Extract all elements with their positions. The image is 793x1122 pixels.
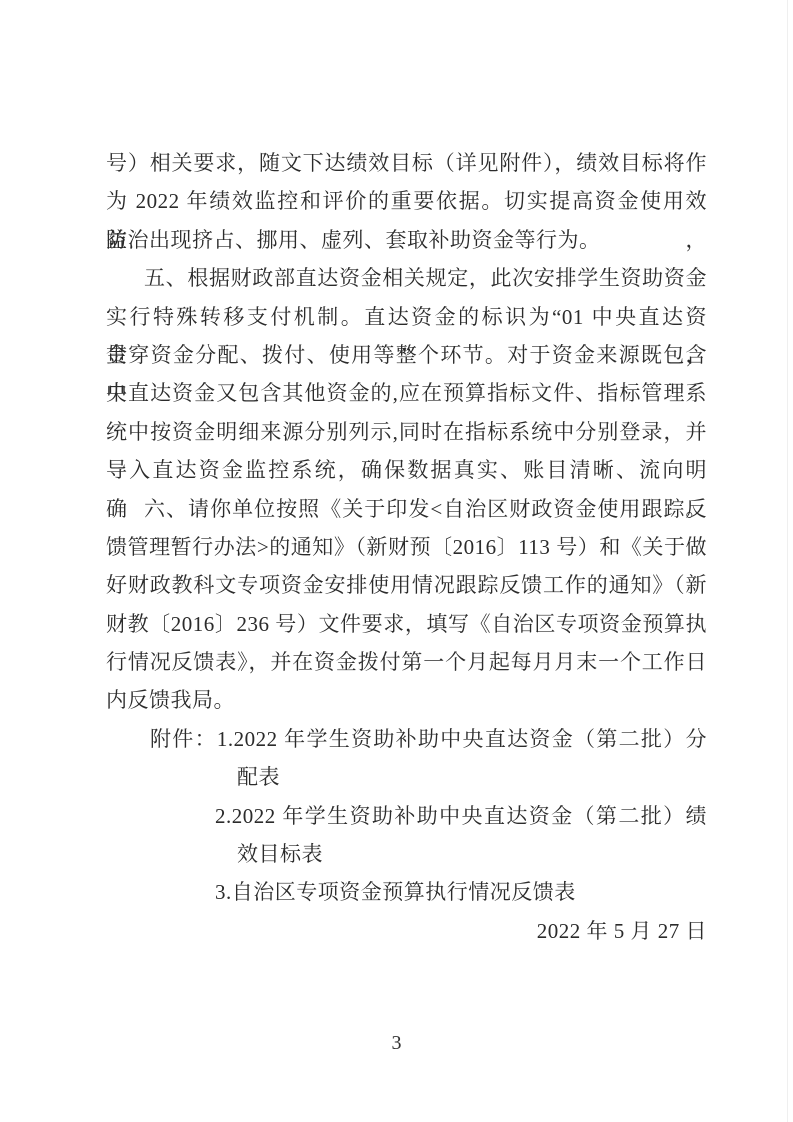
text-line: 号）相关要求，随文下达绩效目标（详见附件），绩效目标将作 (106, 144, 707, 182)
attachment-line: 附件：1.2022 年学生资助补助中央直达资金（第二批）分 (150, 720, 707, 758)
text-line: 导入直达资金监控系统，确保数据真实、账目清晰、流向明确。 (106, 451, 707, 489)
document-body: 号）相关要求，随文下达绩效目标（详见附件），绩效目标将作 为 2022 年绩效监… (106, 144, 707, 950)
paragraph-section-5: 五、根据财政部直达资金相关规定，此次安排学生资助资金 实行特殊转移支付机制。直达… (106, 259, 707, 489)
date-line: 2022 年 5 月 27 日 (106, 912, 707, 950)
attachment-line: 效目标表 (237, 835, 707, 873)
attachment-line: 2.2022 年学生资助补助中央直达资金（第二批）绩 (215, 797, 707, 835)
text-line: 五、根据财政部直达资金相关规定，此次安排学生资助资金 (106, 259, 707, 297)
page-number: 3 (0, 1028, 793, 1058)
text-line: 内反馈我局。 (106, 681, 707, 719)
text-line: 六、请你单位按照《关于印发<自治区财政资金使用跟踪反 (106, 490, 707, 528)
paragraph-continuation: 号）相关要求，随文下达绩效目标（详见附件），绩效目标将作 为 2022 年绩效监… (106, 144, 707, 259)
attachments-list: 附件：1.2022 年学生资助补助中央直达资金（第二批）分 配表 2.2022 … (106, 720, 707, 912)
text-line: 为 2022 年绩效监控和评价的重要依据。切实提高资金使用效益， (106, 182, 707, 220)
scanned-document-page: 号）相关要求，随文下达绩效目标（详见附件），绩效目标将作 为 2022 年绩效监… (0, 0, 793, 1122)
text-line: 统中按资金明细来源分别列示,同时在指标系统中分别登录，并 (106, 413, 707, 451)
text-line: 行情况反馈表》，并在资金拨付第一个月起每月月末一个工作日 (106, 643, 707, 681)
attachment-line: 3.自治区专项资金预算执行情况反馈表 (215, 873, 707, 911)
text-line: 馈管理暂行办法>的通知》（新财预〔2016〕113 号）和《关于做 (106, 528, 707, 566)
text-line: 贯穿资金分配、拨付、使用等整个环节。对于资金来源既包含中 (106, 336, 707, 374)
text-line: 央直达资金又包含其他资金的,应在预算指标文件、指标管理系 (106, 374, 707, 412)
text-line: 实行特殊转移支付机制。直达资金的标识为“01 中央直达资金”， (106, 298, 707, 336)
scan-edge-artifact (787, 0, 788, 1122)
paragraph-section-6: 六、请你单位按照《关于印发<自治区财政资金使用跟踪反 馈管理暂行办法>的通知》（… (106, 490, 707, 720)
text-line: 财教〔2016〕236 号）文件要求，填写《自治区专项资金预算执 (106, 605, 707, 643)
attachment-line: 配表 (237, 758, 707, 796)
text-line: 好财政教科文专项资金安排使用情况跟踪反馈工作的通知》（新 (106, 566, 707, 604)
